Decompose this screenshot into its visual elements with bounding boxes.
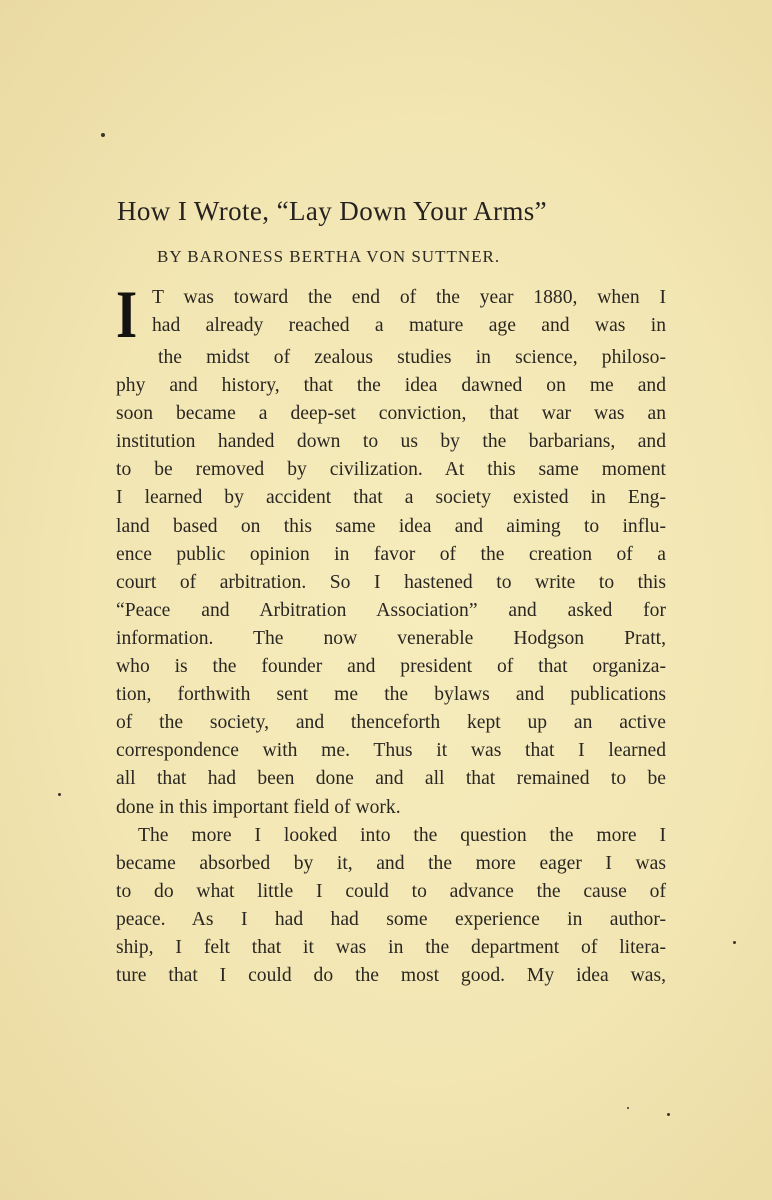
- text-line: ship, I felt that it was in the departme…: [116, 934, 666, 962]
- text-line: ence public opinion in favor of the crea…: [116, 541, 666, 569]
- paper-speck: [627, 1107, 629, 1109]
- text-line: had already reached a mature age and was…: [116, 312, 666, 340]
- text-line: land based on this same idea and aiming …: [116, 513, 666, 541]
- paper-speck: [733, 941, 736, 944]
- text-line: of the society, and thenceforth kept up …: [116, 709, 666, 737]
- text-line: to be removed by civilization. At this s…: [116, 456, 666, 484]
- paper-speck: [101, 133, 105, 137]
- text-line: The more I looked into the question the …: [138, 822, 666, 850]
- text-line: information. The now venerable Hodgson P…: [116, 625, 666, 653]
- text-line: became absorbed by it, and the more eage…: [116, 850, 666, 878]
- article-byline: BY BARONESS BERTHA VON SUTTNER.: [157, 247, 500, 267]
- text-line: soon became a deep-set conviction, that …: [116, 400, 666, 428]
- text-line: ture that I could do the most good. My i…: [116, 962, 666, 990]
- paper-speck: [667, 1113, 670, 1116]
- text-line: court of arbitration. So I hastened to w…: [116, 569, 666, 597]
- text-line: the midst of zealous studies in science,…: [158, 344, 666, 372]
- text-line: T was toward the end of the year 1880, w…: [116, 284, 666, 312]
- text-line: tion, forthwith sent me the bylaws and p…: [116, 681, 666, 709]
- article-body: I T was toward the end of the year 1880,…: [116, 284, 666, 990]
- text-line: to do what little I could to advance the…: [116, 878, 666, 906]
- text-line: who is the founder and president of that…: [116, 653, 666, 681]
- text-line: done in this important field of work.: [116, 794, 666, 822]
- text-line: all that had been done and all that rema…: [116, 765, 666, 793]
- text-line: I learned by accident that a society exi…: [116, 484, 666, 512]
- text-line: phy and history, that the idea dawned on…: [116, 372, 666, 400]
- text-line: “Peace and Arbitration Association” and …: [116, 597, 666, 625]
- text-line: institution handed down to us by the bar…: [116, 428, 666, 456]
- article-title: How I Wrote, “Lay Down Your Arms”: [117, 196, 677, 227]
- paragraph-2: The more I looked into the question the …: [116, 822, 666, 991]
- drop-cap: I: [116, 288, 134, 344]
- text-line: peace. As I had had some experience in a…: [116, 906, 666, 934]
- text-line: correspondence with me. Thus it was that…: [116, 737, 666, 765]
- paragraph-1: I T was toward the end of the year 1880,…: [116, 284, 666, 822]
- paper-speck: [58, 793, 61, 796]
